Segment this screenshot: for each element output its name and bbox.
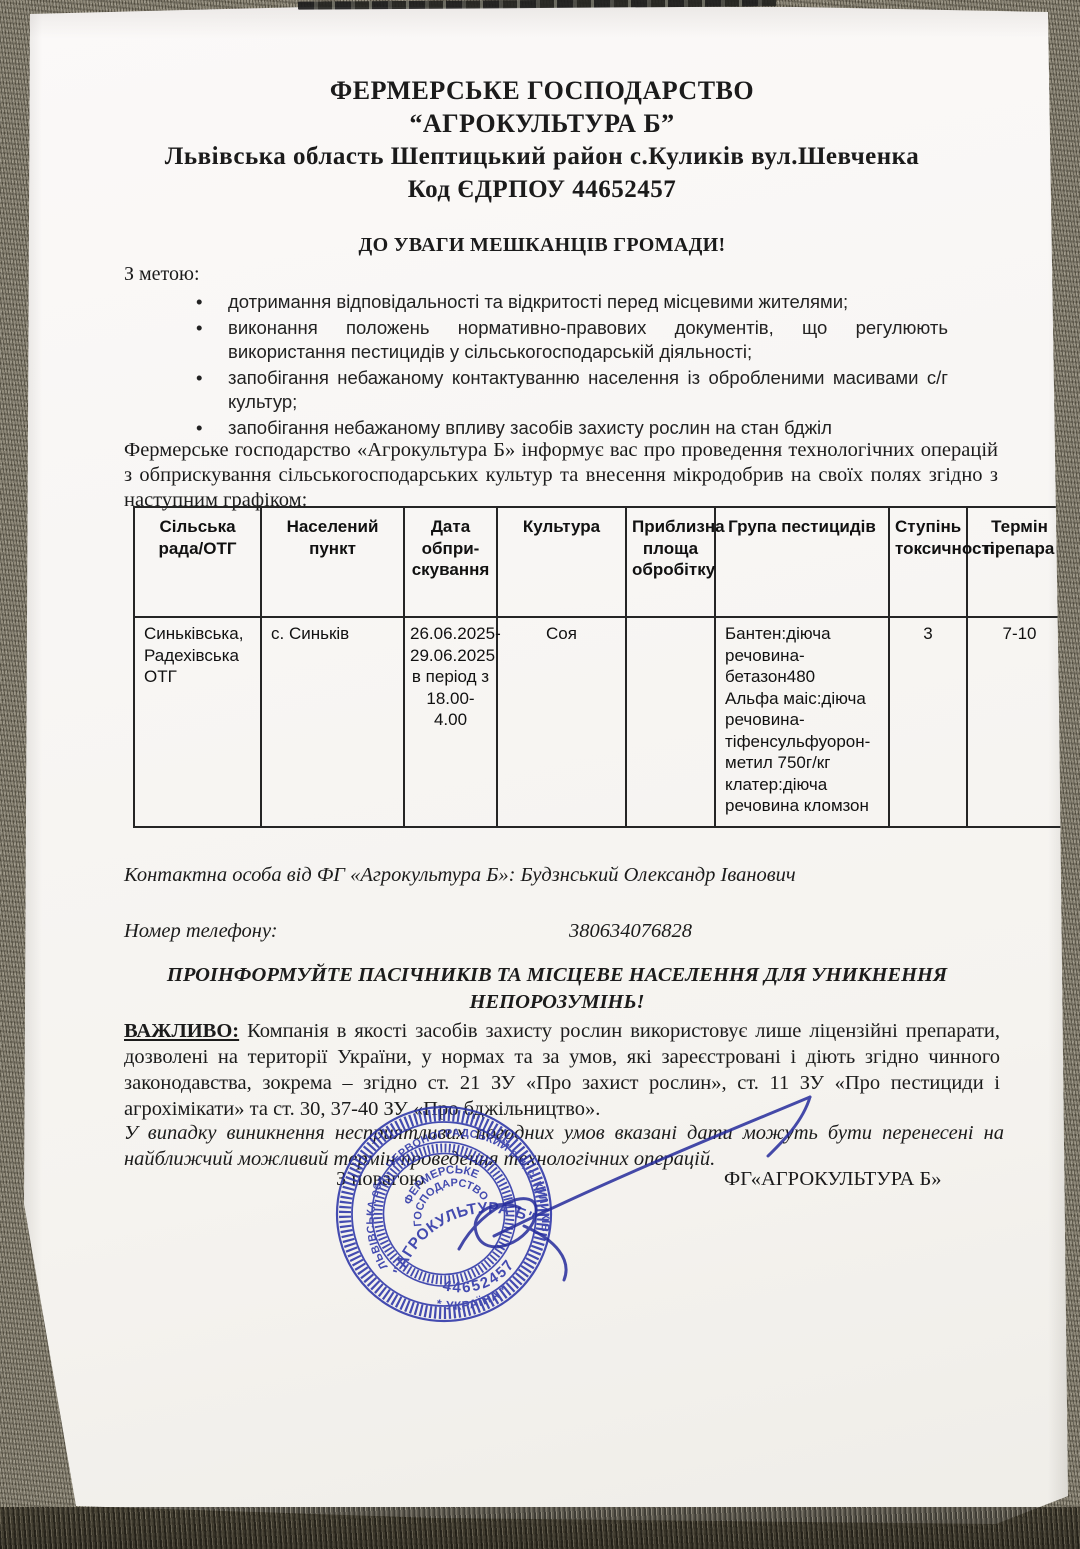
svg-text:ЛЬВІВСЬКА обл., ЧЕРВОНОГРАДСЬК: ЛЬВІВСЬКА обл., ЧЕРВОНОГРАДСЬКИЙ р-н, с.…	[345, 1107, 556, 1276]
col-header: Ступінь токсичності	[889, 507, 967, 617]
cell-dates: 26.06.2025- 29.06.2025 в період з 18.00-…	[404, 617, 497, 827]
beekeeper-warning-title: ПРОІНФОРМУЙТЕ ПАСІЧНИКІВ ТА МІСЦЕВЕ НАСЕ…	[112, 962, 1002, 1016]
farm-type-title: ФЕРМЕРСЬКЕ ГОСПОДАРСТВО	[86, 74, 998, 107]
col-header: Термін препара	[967, 507, 1068, 617]
cell-crop: Соя	[497, 617, 626, 827]
purpose-list: дотримання відповідальності та відкритос…	[166, 290, 948, 442]
stamp-svg: ЛЬВІВСЬКА обл., ЧЕРВОНОГРАДСЬКИЙ р-н, с.…	[316, 1084, 856, 1414]
background-carpet-edge	[0, 1507, 1080, 1549]
intro-paragraph: Фермерське господарство «Агрокультура Б»…	[124, 438, 998, 513]
cell-term: 7-10	[967, 617, 1068, 827]
col-header: Дата обпри- скування	[404, 507, 497, 617]
stamp-ring-top-text: ЛЬВІВСЬКА обл., ЧЕРВОНОГРАДСЬКИЙ р-н, с.…	[345, 1107, 556, 1276]
farm-address: Львівська область Шептицький район с.Кул…	[86, 140, 998, 173]
purpose-item: запобігання небажаному контактуванню нас…	[166, 366, 948, 414]
document-header: ФЕРМЕРСЬКЕ ГОСПОДАРСТВО “АГРОКУЛЬТУРА Б”…	[86, 74, 998, 206]
purpose-item: дотримання відповідальності та відкритос…	[166, 290, 948, 314]
contact-person-line: Контактна особа від ФГ «Агрокультура Б»:…	[124, 864, 796, 887]
phone-label: Номер телефону:	[124, 920, 278, 942]
cell-toxicity: 3	[889, 617, 967, 827]
farm-name-title: “АГРОКУЛЬТУРА Б”	[86, 107, 998, 140]
important-label: ВАЖЛИВО:	[124, 1020, 239, 1042]
purpose-label: З метою:	[124, 263, 200, 286]
farm-edrpou-code: Код ЄДРПОУ 44652457	[86, 173, 998, 206]
table-header-row: Сільська рада/ОТГ Населений пункт Дата о…	[134, 507, 1068, 617]
col-header: Група пестицидів	[715, 507, 889, 617]
purpose-item: виконання положень нормативно-правових д…	[166, 316, 948, 364]
notice-title: ДО УВАГИ МЕШКАНЦІВ ГРОМАДИ!	[86, 234, 998, 257]
phone-row: Номер телефону: 380634076828	[124, 920, 998, 943]
document-page: ФЕРМЕРСЬКЕ ГОСПОДАРСТВО “АГРОКУЛЬТУРА Б”…	[16, 4, 1068, 1540]
col-header: Населений пункт	[261, 507, 404, 617]
cell-area	[626, 617, 715, 827]
phone-number: 380634076828	[569, 920, 692, 943]
col-header: Приблизна площа обробітку	[626, 507, 715, 617]
round-stamp-and-signature: ЛЬВІВСЬКА обл., ЧЕРВОНОГРАДСЬКИЙ р-н, с.…	[316, 1084, 856, 1414]
col-header: Культура	[497, 507, 626, 617]
photo-of-document: ФЕРМЕРСЬКЕ ГОСПОДАРСТВО “АГРОКУЛЬТУРА Б”…	[0, 0, 1080, 1549]
col-header: Сільська рада/ОТГ	[134, 507, 261, 617]
purpose-item: запобігання небажаному впливу засобів за…	[166, 416, 948, 440]
cell-council: Синьківська, Радехівська ОТГ	[134, 617, 261, 827]
table-row: Синьківська, Радехівська ОТГ с. Синьків …	[134, 617, 1068, 827]
cell-pesticides: Бантен:діюча речовина- бетазон480 Альфа …	[715, 617, 889, 827]
cell-settlement: с. Синьків	[261, 617, 404, 827]
spraying-schedule-table: Сільська рада/ОТГ Населений пункт Дата о…	[133, 506, 1068, 828]
